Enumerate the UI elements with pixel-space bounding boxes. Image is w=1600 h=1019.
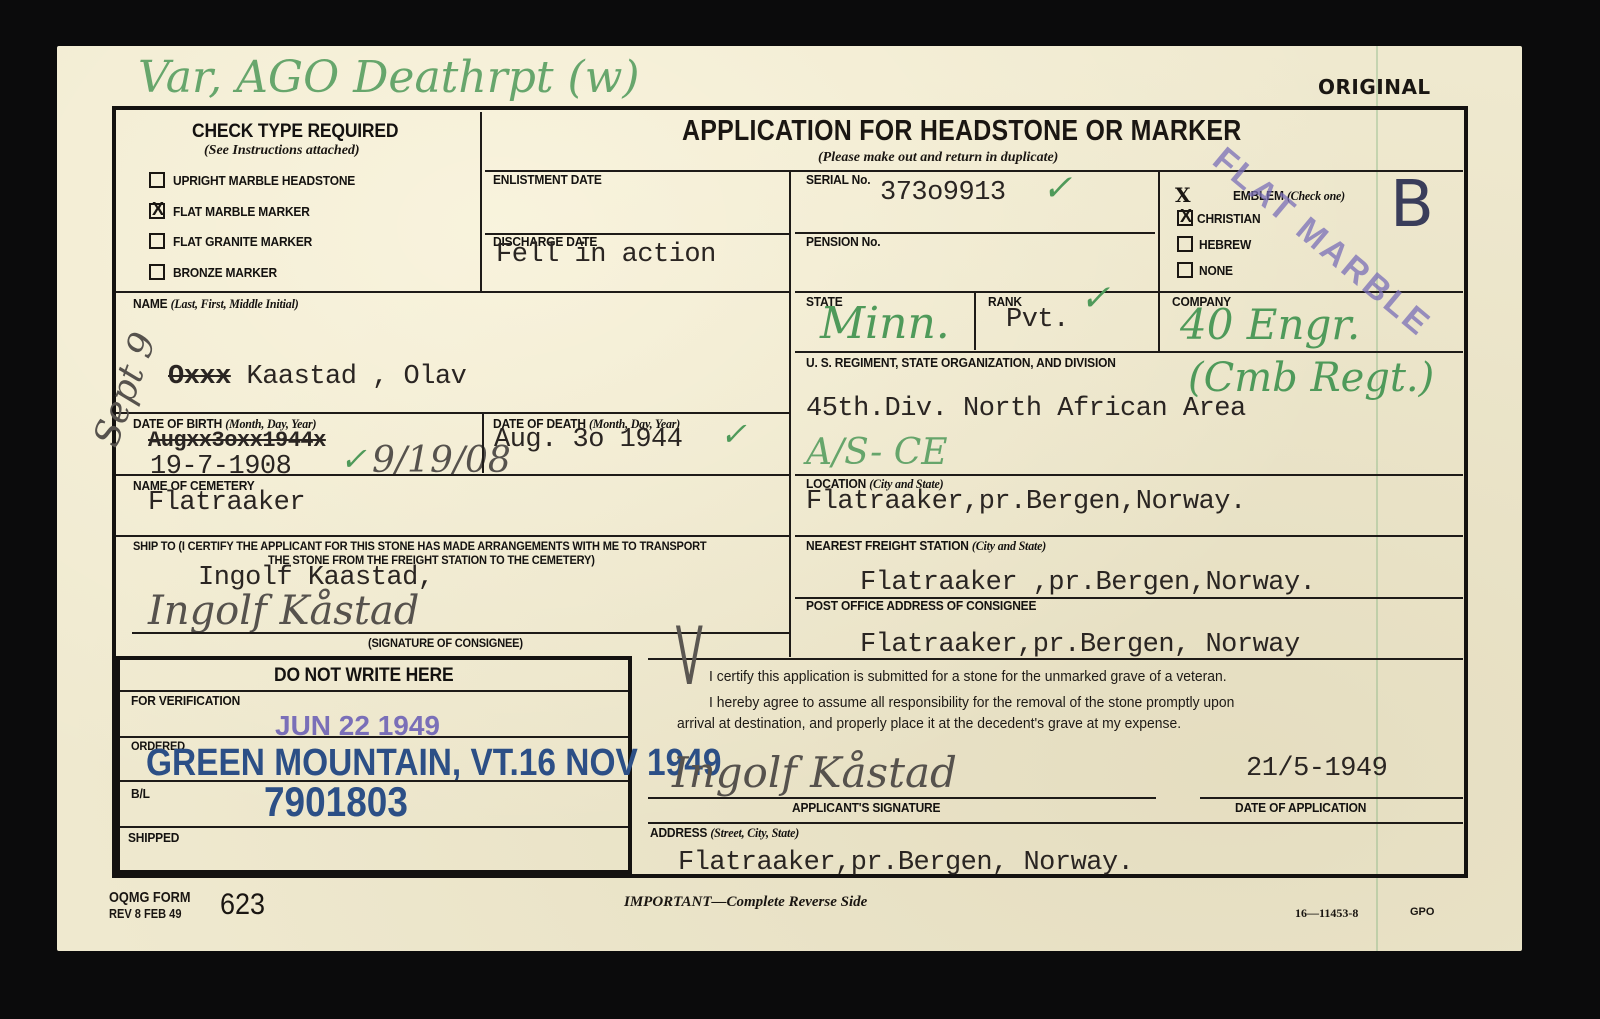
office-use-heading: DO NOT WRITE HERE [274, 665, 453, 687]
divider [795, 351, 1463, 353]
ordered-stamp: GREEN MOUNTAIN, VT.16 NOV 1949 [146, 742, 721, 785]
name-value[interactable]: Oxxx Kaastad , Olav [168, 362, 466, 392]
applicant-signature-label: APPLICANT'S SIGNATURE [792, 800, 940, 815]
important-note: IMPORTANT—Complete Reverse Side [624, 894, 867, 911]
checkbox-bronze-marker[interactable]: BRONZE MARKER [149, 264, 286, 280]
signature-line [1200, 797, 1463, 799]
company-value[interactable]: 40 Engr. [1180, 300, 1360, 349]
emblem-none[interactable]: NONE [1177, 262, 1236, 278]
cemetery-value[interactable]: Flatraaker [148, 488, 305, 518]
regiment-label: U. S. REGIMENT, STATE ORGANIZATION, AND … [806, 355, 1116, 370]
check-mark-icon: ✓ [720, 415, 747, 453]
checkbox-checked-icon[interactable] [1177, 210, 1193, 226]
certification-line-3: arrival at destination, and properly pla… [677, 716, 1181, 732]
date-of-application-value[interactable]: 21/5-1949 [1246, 754, 1387, 784]
serial-no-label: SERIAL No. [806, 172, 870, 187]
enlistment-date-label: ENLISTMENT DATE [493, 172, 602, 187]
certification-line-2: I hereby agree to assume all responsibil… [709, 695, 1234, 711]
address-value[interactable]: Flatraaker,pr.Bergen, Norway. [678, 848, 1133, 878]
ship-to-label: SHIP TO (I CERTIFY THE APPLICANT FOR THI… [133, 539, 707, 553]
divider [485, 170, 1463, 172]
check-mark-icon: ✓ [1042, 168, 1072, 209]
date-of-death-value[interactable]: Aug. 3o 1944 [494, 425, 682, 455]
option-label: CHRISTIAN [1197, 211, 1260, 226]
freight-station-label: NEAREST FREIGHT STATION (City and State) [806, 538, 1046, 554]
check-type-subheading: (See Instructions attached) [204, 143, 360, 159]
address-label: ADDRESS (Street, City, State) [650, 825, 799, 841]
check-type-heading: CHECK TYPE REQUIRED [192, 121, 398, 143]
freight-station-value[interactable]: Flatraaker ,pr.Bergen,Norway. [860, 568, 1315, 598]
checkbox-flat-granite-marker[interactable]: FLAT GRANITE MARKER [149, 233, 324, 249]
checkbox-icon[interactable] [149, 172, 165, 188]
divider [480, 112, 482, 292]
divider [789, 172, 791, 657]
checkbox-upright-marble-headstone[interactable]: UPRIGHT MARBLE HEADSTONE [149, 172, 371, 188]
consignee-signature-label: (SIGNATURE OF CONSIGNEE) [368, 636, 523, 650]
state-value[interactable]: Minn. [820, 298, 950, 349]
checkbox-checked-icon[interactable] [149, 203, 165, 219]
divider [1158, 172, 1160, 352]
divider [974, 292, 976, 350]
option-label: NONE [1199, 263, 1233, 278]
form-number: 623 [220, 888, 265, 922]
printer-mark: GPO [1410, 906, 1434, 918]
regiment-handwritten-code: A/S- CE [806, 432, 948, 473]
emblem-christian[interactable]: CHRISTIAN [1177, 210, 1266, 226]
divider [116, 535, 789, 537]
bl-label: B/L [131, 786, 150, 801]
checkbox-icon[interactable] [1177, 262, 1193, 278]
date-of-application-label: DATE OF APPLICATION [1235, 800, 1366, 815]
divider [120, 826, 628, 828]
checkbox-icon[interactable] [149, 264, 165, 280]
copy-marker: ORIGINAL [1318, 75, 1431, 99]
divider [795, 535, 1463, 537]
shipped-label: SHIPPED [128, 830, 179, 845]
divider [116, 474, 789, 476]
applicant-signature: Ingolf Kåstad [672, 748, 957, 797]
option-label: BRONZE MARKER [173, 265, 277, 280]
location-value[interactable]: Flatraaker,pr.Bergen,Norway. [806, 487, 1246, 517]
rank-value[interactable]: Pvt. [1006, 305, 1069, 335]
form-title: APPLICATION FOR HEADSTONE OR MARKER [682, 115, 1242, 148]
divider [120, 690, 628, 692]
divider [120, 736, 628, 738]
handwritten-b-mark: B [1390, 168, 1434, 242]
check-mark-icon: ✓ [1080, 278, 1110, 319]
post-office-label: POST OFFICE ADDRESS OF CONSIGNEE [806, 598, 1036, 613]
handwritten-check-arrow-icon: V [676, 610, 703, 703]
pension-no-label: PENSION No. [806, 234, 880, 249]
form-line-2: REV 8 FEB 49 [109, 906, 190, 922]
name-label: NAME (Last, First, Middle Initial) [133, 296, 299, 312]
signature-line [648, 797, 1156, 799]
checkbox-icon[interactable] [1177, 236, 1193, 252]
divider [116, 291, 789, 293]
certification-line-1: I certify this application is submitted … [709, 669, 1227, 685]
checkbox-flat-marble-marker[interactable]: FLAT MARBLE MARKER [149, 203, 322, 219]
bl-stamp: 7901803 [264, 778, 408, 826]
date-of-birth-struck: Augxx3oxx1944x [148, 428, 326, 453]
option-label: UPRIGHT MARBLE HEADSTONE [173, 173, 355, 188]
discharge-date-value[interactable]: Fell in action [496, 240, 716, 270]
divider [482, 413, 484, 473]
struck-text: Oxxx [168, 362, 231, 392]
check-mark-icon: ✓ [340, 440, 367, 478]
form-line-1: OQMG FORM [109, 890, 190, 906]
for-verification-label: FOR VERIFICATION [131, 693, 240, 708]
emblem-hebrew[interactable]: HEBREW [1177, 236, 1256, 252]
option-label: FLAT GRANITE MARKER [173, 234, 312, 249]
form-code: OQMG FORM REV 8 FEB 49 [109, 890, 190, 922]
print-code: 16—11453-8 [1295, 906, 1358, 921]
divider [116, 412, 789, 414]
consignee-signature: Ingolf Kåstad [148, 588, 419, 634]
form-subtitle: (Please make out and return in duplicate… [818, 150, 1058, 166]
post-office-value[interactable]: Flatraaker,pr.Bergen, Norway [860, 630, 1300, 660]
divider [648, 658, 1463, 660]
checkbox-icon[interactable] [149, 233, 165, 249]
serial-no-value[interactable]: 373o9913 [880, 178, 1006, 208]
regiment-value[interactable]: 45th.Div. North African Area [806, 394, 1246, 424]
emblem-mark: X [1175, 183, 1191, 207]
option-label: FLAT MARBLE MARKER [173, 204, 310, 219]
top-handwritten-annotation: Var, AGO Deathrpt (w) [138, 52, 640, 103]
divider [648, 822, 1463, 824]
option-label: HEBREW [1199, 237, 1251, 252]
